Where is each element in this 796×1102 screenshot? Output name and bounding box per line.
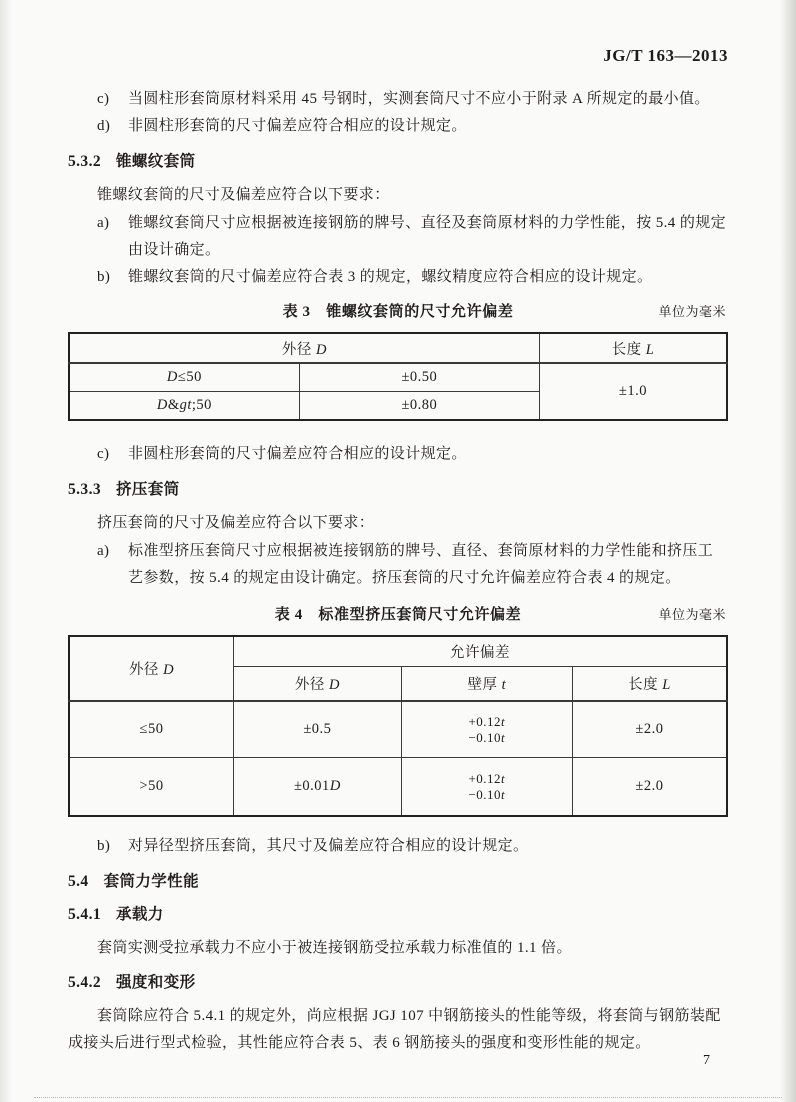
table-3: 外径 D 长度 L D≤50 ±0.50 ±1.0 D&gt;50 ±0.80	[68, 332, 728, 421]
table-row: ≤50 ±0.5 +0.12t −0.10t ±2.0	[69, 701, 727, 758]
list-item-b-532: b) 锥螺纹套筒的尺寸偏差应符合表 3 的规定，螺纹精度应符合相应的设计规定。	[97, 264, 728, 291]
table-4-header-row-1: 外径 D 允许偏差	[69, 636, 727, 667]
table-cell-od-tolerance: ±0.80	[299, 392, 539, 421]
table-3-header-outer-diameter: 外径 D	[69, 333, 539, 363]
paragraph-5-3-3: 挤压套筒的尺寸及偏差应符合以下要求：	[68, 510, 728, 537]
list-item-text: 非圆柱形套筒的尺寸偏差应符合相应的设计规定。	[128, 113, 728, 140]
table-cell-length-tolerance: ±2.0	[572, 758, 727, 817]
section-number: 5.3.2	[68, 152, 101, 172]
table-cell-range: D&gt;50	[69, 392, 299, 421]
section-title: 挤压套筒	[116, 480, 180, 500]
list-item-label: a)	[97, 538, 128, 592]
list-item-label: d)	[97, 113, 128, 140]
section-title: 强度和变形	[116, 973, 196, 993]
running-header: JG/T 163—2013	[68, 46, 728, 66]
table-cell-range: D≤50	[69, 363, 299, 392]
section-number: 5.3.3	[68, 480, 101, 500]
list-item-label: c)	[97, 86, 128, 113]
table-cell-od-tolerance: ±0.5	[234, 701, 402, 758]
table-row: >50 ±0.01D +0.12t −0.10t ±2.0	[69, 758, 727, 817]
list-item-text: 非圆柱形套筒的尺寸偏差应符合相应的设计规定。	[128, 441, 728, 468]
page-number: 7	[703, 1053, 710, 1069]
section-heading-5-4: 5.4 套筒力学性能	[68, 872, 728, 892]
list-item-c-532: c) 非圆柱形套筒的尺寸偏差应符合相应的设计规定。	[97, 441, 728, 468]
list-item-text: 标准型挤压套筒尺寸应根据被连接钢筋的牌号、直径、套筒原材料的力学性能和挤压工艺参…	[128, 538, 728, 592]
wall-tolerance-plus: +0.12t	[402, 714, 572, 730]
section-title: 锥螺纹套筒	[116, 152, 196, 172]
list-item-label: b)	[97, 833, 128, 860]
list-item-text: 对异径型挤压套筒，其尺寸及偏差应符合相应的设计规定。	[128, 833, 728, 860]
table-4-unit-note: 单位为毫米	[658, 605, 726, 625]
list-item-label: a)	[97, 210, 128, 264]
standard-number: JG/T 163—2013	[603, 46, 728, 65]
wall-tolerance-minus: −0.10t	[402, 730, 572, 746]
table-4-subheader-length: 长度 L	[572, 667, 727, 702]
table-4-header-allowed-deviation: 允许偏差	[234, 636, 728, 667]
table-4: 外径 D 允许偏差 外径 D 壁厚 t 长度 L ≤50 ±0.5 +0.12t…	[68, 635, 728, 817]
page-content: JG/T 163—2013 c) 当圆柱形套筒原材料采用 45 号钢时，实测套筒…	[68, 0, 728, 1057]
table-4-caption: 表 4 标准型挤压套筒尺寸允许偏差	[275, 607, 521, 623]
table-cell-range: ≤50	[69, 701, 234, 758]
list-item-label: c)	[97, 441, 128, 468]
list-item-text: 当圆柱形套筒原材料采用 45 号钢时，实测套筒尺寸不应小于附录 A 所规定的最小…	[128, 86, 728, 113]
table-3-caption-row: 表 3 锥螺纹套筒的尺寸允许偏差 单位为毫米	[68, 302, 728, 322]
table-3-unit-note: 单位为毫米	[658, 302, 726, 322]
section-title: 承载力	[116, 905, 164, 925]
section-heading-5-3-2: 5.3.2 锥螺纹套筒	[68, 152, 728, 172]
paragraph-5-4-2: 套筒除应符合 5.4.1 的规定外，尚应根据 JGJ 107 中钢筋接头的性能等…	[68, 1003, 728, 1057]
section-title: 套筒力学性能	[104, 872, 199, 892]
table-cell-length-tolerance: ±2.0	[572, 701, 727, 758]
table-cell-length-tolerance: ±1.0	[539, 363, 727, 420]
list-item-d-top: d) 非圆柱形套筒的尺寸偏差应符合相应的设计规定。	[97, 113, 728, 140]
paragraph-5-3-2: 锥螺纹套筒的尺寸及偏差应符合以下要求：	[68, 182, 728, 209]
table-cell-od-tolerance: ±0.50	[299, 363, 539, 392]
table-row: D≤50 ±0.50 ±1.0	[69, 363, 727, 392]
list-item-text: 锥螺纹套筒尺寸应根据被连接钢筋的牌号、直径及套筒原材料的力学性能，按 5.4 的…	[128, 210, 728, 264]
table-4-subheader-outer-diameter: 外径 D	[234, 667, 402, 702]
table-4-subheader-wall-thickness: 壁厚 t	[401, 667, 572, 702]
list-item-a-533: a) 标准型挤压套筒尺寸应根据被连接钢筋的牌号、直径、套筒原材料的力学性能和挤压…	[97, 538, 728, 592]
section-number: 5.4.2	[68, 973, 101, 993]
section-heading-5-4-1: 5.4.1 承载力	[68, 905, 728, 925]
wall-tolerance-plus: +0.12t	[402, 771, 572, 787]
table-4-header-outer-diameter: 外径 D	[69, 636, 234, 701]
table-3-caption: 表 3 锥螺纹套筒的尺寸允许偏差	[283, 304, 514, 320]
table-cell-range: >50	[69, 758, 234, 817]
document-page: JG/T 163—2013 c) 当圆柱形套筒原材料采用 45 号钢时，实测套筒…	[0, 0, 796, 1102]
table-cell-od-tolerance: ±0.01D	[234, 758, 402, 817]
section-number: 5.4	[68, 872, 89, 892]
scan-edge-bottom	[34, 1097, 782, 1098]
section-number: 5.4.1	[68, 905, 101, 925]
table-cell-wall-tolerance: +0.12t −0.10t	[401, 701, 572, 758]
table-3-header-row: 外径 D 长度 L	[69, 333, 727, 363]
table-4-caption-row: 表 4 标准型挤压套筒尺寸允许偏差 单位为毫米	[68, 605, 728, 625]
wall-tolerance-minus: −0.10t	[402, 787, 572, 803]
list-item-c-top: c) 当圆柱形套筒原材料采用 45 号钢时，实测套筒尺寸不应小于附录 A 所规定…	[97, 86, 728, 113]
list-item-text: 锥螺纹套筒的尺寸偏差应符合表 3 的规定，螺纹精度应符合相应的设计规定。	[128, 264, 728, 291]
list-item-a-532: a) 锥螺纹套筒尺寸应根据被连接钢筋的牌号、直径及套筒原材料的力学性能，按 5.…	[97, 210, 728, 264]
list-item-b-533: b) 对异径型挤压套筒，其尺寸及偏差应符合相应的设计规定。	[97, 833, 728, 860]
table-3-header-length: 长度 L	[539, 333, 727, 363]
scan-edge-left	[0, 0, 12, 1102]
list-item-label: b)	[97, 264, 128, 291]
table-cell-wall-tolerance: +0.12t −0.10t	[401, 758, 572, 817]
paragraph-5-4-1: 套筒实测受拉承载力不应小于被连接钢筋受拉承载力标准值的 1.1 倍。	[68, 935, 728, 962]
section-heading-5-4-2: 5.4.2 强度和变形	[68, 973, 728, 993]
scan-edge-right	[780, 0, 796, 1102]
section-heading-5-3-3: 5.3.3 挤压套筒	[68, 480, 728, 500]
